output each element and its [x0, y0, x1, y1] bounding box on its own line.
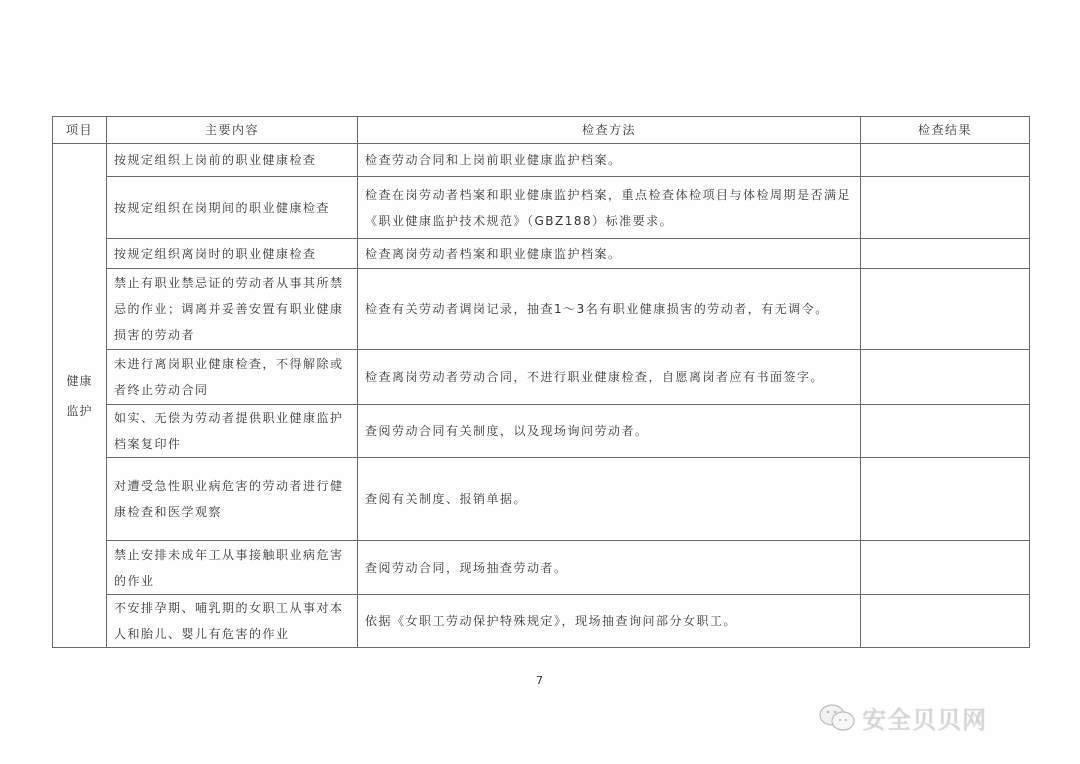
method-cell: 检查离岗劳动者劳动合同，不进行职业健康检查，自愿离岗者应有书面签字。	[358, 350, 861, 405]
content-cell: 禁止安排未成年工从事接触职业病危害的作业	[107, 541, 358, 595]
result-cell[interactable]	[861, 458, 1030, 541]
table-row: 对遭受急性职业病危害的劳动者进行健康检查和医学观察查阅有关制度、报销单据。	[53, 458, 1030, 541]
result-cell[interactable]	[861, 269, 1030, 350]
page-number: 7	[536, 674, 543, 687]
table-row: 未进行离岗职业健康检查，不得解除或者终止劳动合同检查离岗劳动者劳动合同，不进行职…	[53, 350, 1030, 405]
table-row: 不安排孕期、哺乳期的女职工从事对本人和胎儿、婴儿有危害的作业依据《女职工劳动保护…	[53, 595, 1030, 648]
wechat-icon	[818, 703, 858, 733]
table-row: 按规定组织离岗时的职业健康检查检查离岗劳动者档案和职业健康监护档案。	[53, 239, 1030, 269]
document-page: 项目 主要内容 检查方法 检查结果 健康监护按规定组织上岗前的职业健康检查检查劳…	[0, 0, 1080, 764]
content-cell: 按规定组织离岗时的职业健康检查	[107, 239, 358, 269]
content-cell: 禁止有职业禁忌证的劳动者从事其所禁忌的作业；调离并妥善安置有职业健康损害的劳动者	[107, 269, 358, 350]
header-project: 项目	[53, 117, 107, 144]
result-cell[interactable]	[861, 405, 1030, 458]
inspection-table: 项目 主要内容 检查方法 检查结果 健康监护按规定组织上岗前的职业健康检查检查劳…	[52, 116, 1030, 648]
project-cell: 健康监护	[53, 144, 107, 648]
table-row: 禁止有职业禁忌证的劳动者从事其所禁忌的作业；调离并妥善安置有职业健康损害的劳动者…	[53, 269, 1030, 350]
watermark-text: 安全贝贝网	[862, 700, 987, 735]
method-cell: 查阅劳动合同，现场抽查劳动者。	[358, 541, 861, 595]
header-result: 检查结果	[861, 117, 1030, 144]
table-row: 禁止安排未成年工从事接触职业病危害的作业查阅劳动合同，现场抽查劳动者。	[53, 541, 1030, 595]
result-cell[interactable]	[861, 177, 1030, 239]
table-row: 如实、无偿为劳动者提供职业健康监护档案复印件查阅劳动合同有关制度，以及现场询问劳…	[53, 405, 1030, 458]
content-cell: 按规定组织在岗期间的职业健康检查	[107, 177, 358, 239]
result-cell[interactable]	[861, 350, 1030, 405]
method-cell: 查阅有关制度、报销单据。	[358, 458, 861, 541]
header-method: 检查方法	[358, 117, 861, 144]
content-cell: 按规定组织上岗前的职业健康检查	[107, 144, 358, 177]
project-label-line: 监护	[60, 396, 99, 426]
content-cell: 未进行离岗职业健康检查，不得解除或者终止劳动合同	[107, 350, 358, 405]
table-row: 健康监护按规定组织上岗前的职业健康检查检查劳动合同和上岗前职业健康监护档案。	[53, 144, 1030, 177]
watermark: 安全贝贝网	[818, 700, 987, 735]
result-cell[interactable]	[861, 541, 1030, 595]
method-cell: 检查在岗劳动者档案和职业健康监护档案，重点检查体检项目与体检周期是否满足《职业健…	[358, 177, 861, 239]
method-cell: 检查劳动合同和上岗前职业健康监护档案。	[358, 144, 861, 177]
content-cell: 对遭受急性职业病危害的劳动者进行健康检查和医学观察	[107, 458, 358, 541]
table-header-row: 项目 主要内容 检查方法 检查结果	[53, 117, 1030, 144]
content-cell: 如实、无偿为劳动者提供职业健康监护档案复印件	[107, 405, 358, 458]
method-cell: 查阅劳动合同有关制度，以及现场询问劳动者。	[358, 405, 861, 458]
project-label-line: 健康	[60, 366, 99, 396]
table-body: 健康监护按规定组织上岗前的职业健康检查检查劳动合同和上岗前职业健康监护档案。按规…	[53, 144, 1030, 648]
method-cell: 依据《女职工劳动保护特殊规定》，现场抽查询问部分女职工。	[358, 595, 861, 648]
result-cell[interactable]	[861, 595, 1030, 648]
table-row: 按规定组织在岗期间的职业健康检查检查在岗劳动者档案和职业健康监护档案，重点检查体…	[53, 177, 1030, 239]
method-cell: 检查有关劳动者调岗记录，抽查1～3名有职业健康损害的劳动者，有无调令。	[358, 269, 861, 350]
header-content: 主要内容	[107, 117, 358, 144]
result-cell[interactable]	[861, 144, 1030, 177]
method-cell: 检查离岗劳动者档案和职业健康监护档案。	[358, 239, 861, 269]
result-cell[interactable]	[861, 239, 1030, 269]
content-cell: 不安排孕期、哺乳期的女职工从事对本人和胎儿、婴儿有危害的作业	[107, 595, 358, 648]
